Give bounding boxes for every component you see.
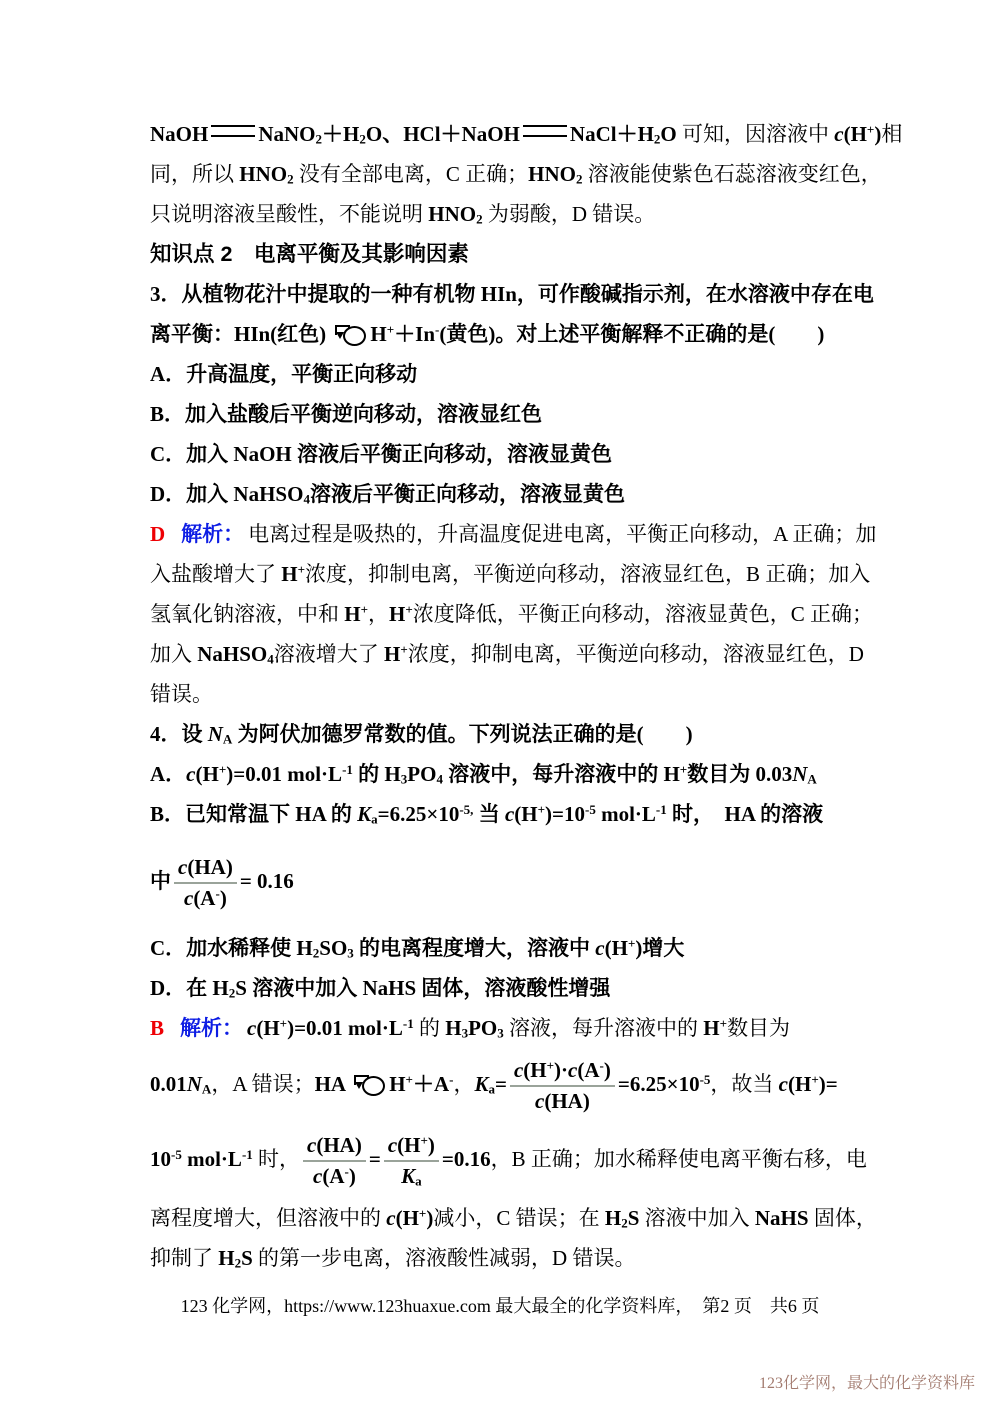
question-3-answer-line-3: 氢氧化钠溶液，中和 H+，H+浓度降低，平衡正向移动，溶液显黄色，C 正确；	[150, 594, 856, 634]
question-4-answer-line-4: 离程度增大，但溶液中的 c(H+)减小，C 错误；在 H2S 溶液中加入 NaH…	[150, 1198, 856, 1238]
question-3-stem-line-1: 3．从植物花汁中提取的一种有机物 HIn，可作酸碱指示剂，在水溶液中存在电	[150, 274, 856, 314]
question-3-option-a: A．升高温度，平衡正向移动	[150, 354, 856, 394]
knowledge-point-heading: 知识点 2 电离平衡及其影响因素	[150, 234, 856, 274]
page-content: NaOHNaNO2＋H2O、HCl＋NaOHNaCl＋H2O 可知，因溶液中 c…	[150, 114, 856, 1278]
document-page: NaOHNaNO2＋H2O、HCl＋NaOHNaCl＋H2O 可知，因溶液中 c…	[0, 0, 993, 1404]
question-3-option-d: D．加入 NaHSO4溶液后平衡正向移动，溶液显黄色	[150, 474, 856, 514]
question-4-option-c: C．加水稀释使 H2SO3 的电离程度增大，溶液中 c(H+)增大	[150, 928, 856, 968]
question-4-answer-line-2: 0.01NA，A 错误；HA H+＋A-，Ka=c(H+)·c(A-)c(HA)…	[150, 1048, 856, 1120]
question-4-answer-line-3: 10-5 mol·L-1 时，c(HA)c(A-)=c(H+)Ka=0.16，B…	[150, 1120, 856, 1198]
question-4-option-b-line-1: B．已知常温下 HA 的 Ka=6.25×10-5, 当 c(H+)=10-5 …	[150, 794, 856, 834]
explanation-continuation-line-3: 只说明溶液呈酸性，不能说明 HNO2 为弱酸，D 错误。	[150, 194, 856, 234]
watermark: 123化学网，最大的化学资料库	[759, 1370, 975, 1393]
page-footer: 123 化学网，https://www.123huaxue.com 最大最全的化…	[150, 1292, 850, 1318]
question-4-answer-line-1: B解析：c(H+)=0.01 mol·L-1 的 H3PO3 溶液，每升溶液中的…	[150, 1008, 856, 1048]
explanation-continuation-line-1: NaOHNaNO2＋H2O、HCl＋NaOHNaCl＋H2O 可知，因溶液中 c…	[150, 114, 856, 154]
question-4-stem: 4．设 NA 为阿伏加德罗常数的值。下列说法正确的是( )	[150, 714, 856, 754]
question-3-option-b: B．加入盐酸后平衡逆向移动，溶液显红色	[150, 394, 856, 434]
question-3-answer-line-1: D解析：电离过程是吸热的，升高温度促进电离，平衡正向移动，A 正确；加	[150, 514, 856, 554]
question-4-option-d: D．在 H2S 溶液中加入 NaHS 固体，溶液酸性增强	[150, 968, 856, 1008]
explanation-continuation-line-2: 同，所以 HNO2 没有全部电离，C 正确；HNO2 溶液能使紫色石蕊溶液变红色…	[150, 154, 856, 194]
question-4-answer-line-5: 抑制了 H2S 的第一步电离，溶液酸性减弱，D 错误。	[150, 1238, 856, 1278]
question-3-option-c: C．加入 NaOH 溶液后平衡正向移动，溶液显黄色	[150, 434, 856, 474]
question-3-answer-line-2: 入盐酸增大了 H+浓度，抑制电离，平衡逆向移动，溶液显红色，B 正确；加入	[150, 554, 856, 594]
question-3-stem-line-2: 离平衡：HIn(红色) H+＋In-(黄色)。对上述平衡解释不正确的是( )	[150, 314, 856, 354]
question-3-answer-line-5: 错误。	[150, 674, 856, 714]
question-4-option-b-fraction-line: 中c(HA)c(A-)= 0.16	[150, 834, 856, 928]
question-4-option-a: A．c(H+)=0.01 mol·L-1 的 H3PO4 溶液中，每升溶液中的 …	[150, 754, 856, 794]
question-3-answer-line-4: 加入 NaHSO4溶液增大了 H+浓度，抑制电离，平衡逆向移动，溶液显红色，D	[150, 634, 856, 674]
